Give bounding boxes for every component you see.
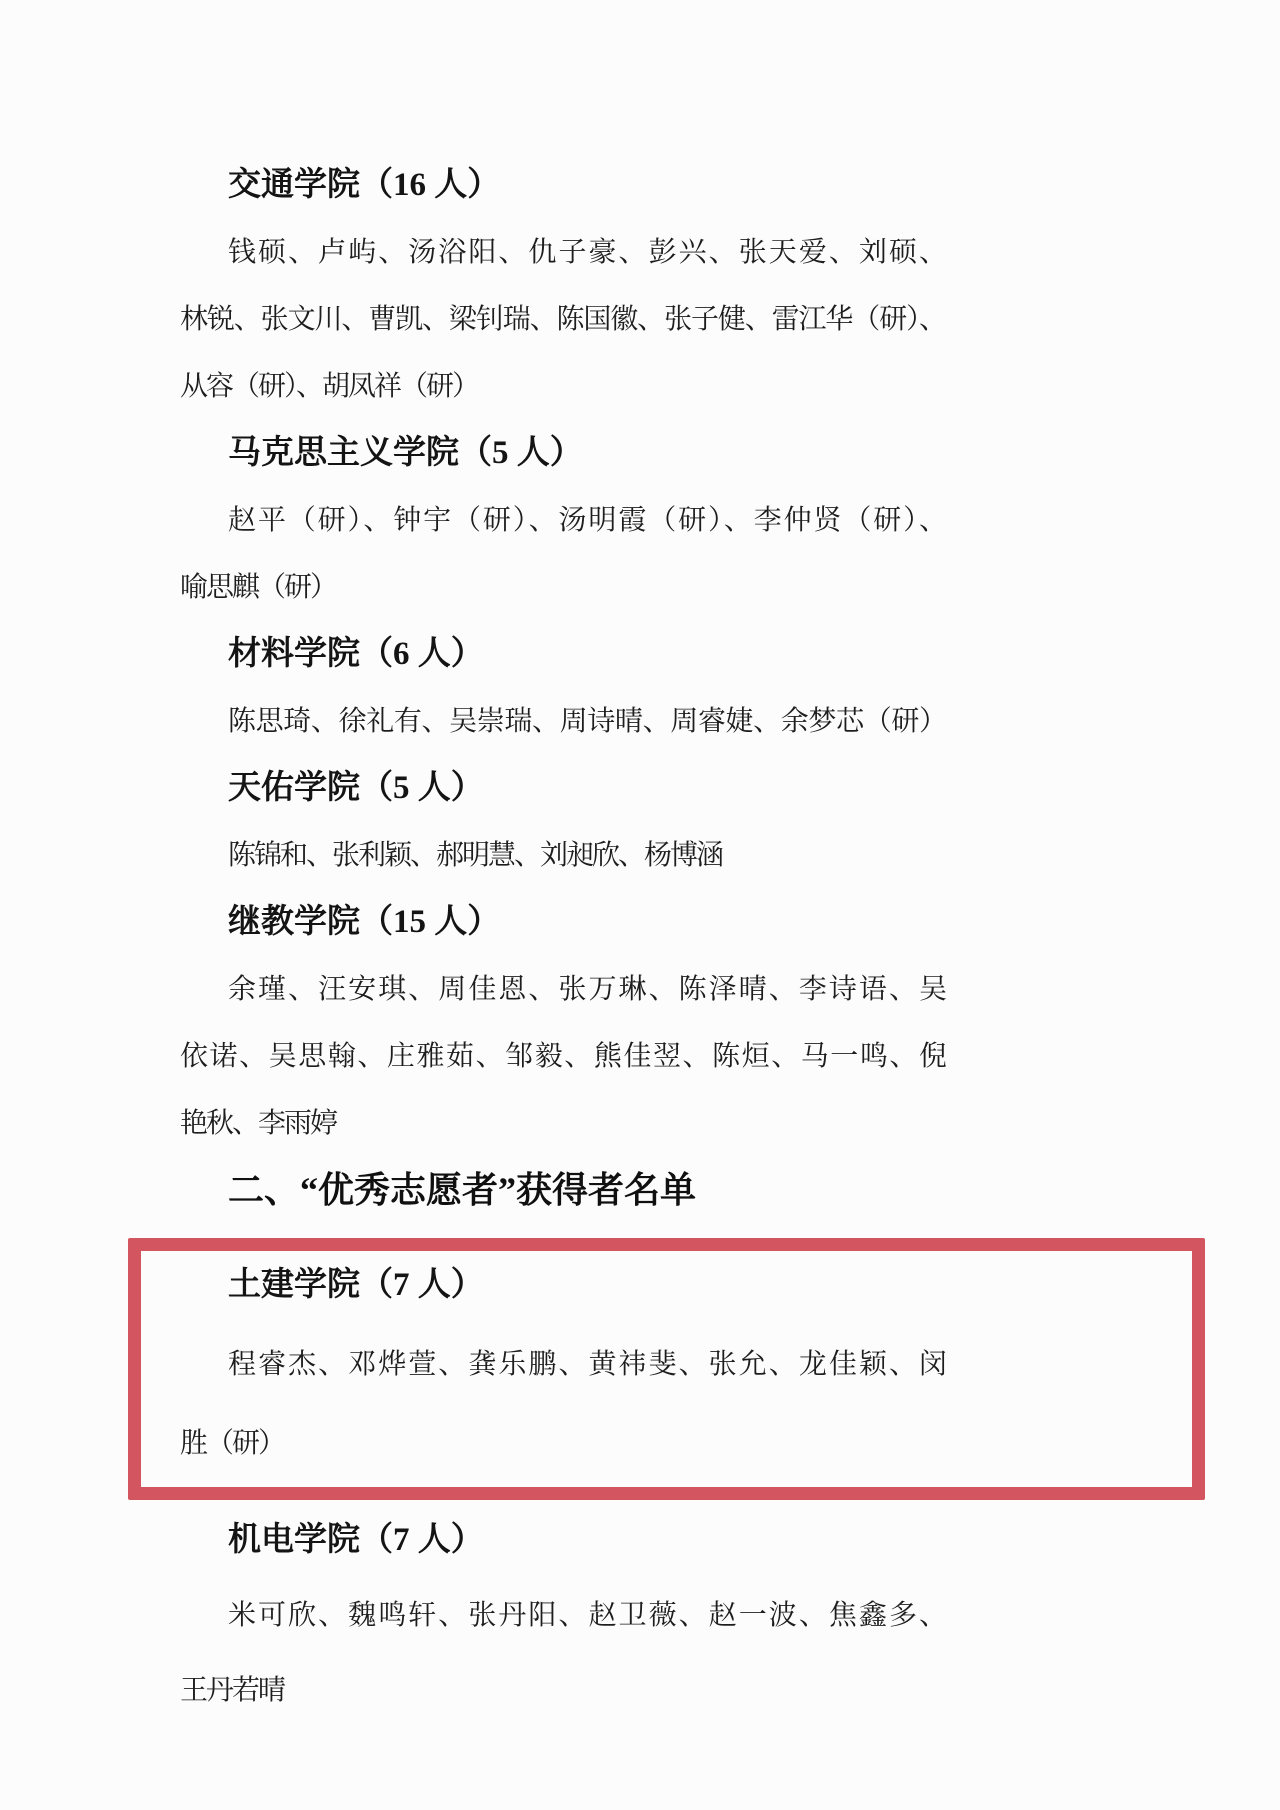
college-heading-cailiao: 材料学院（6 人） xyxy=(180,621,945,688)
college-heading-jidian: 机电学院（7 人） xyxy=(180,1503,945,1578)
tail-section: 机电学院（7 人） 米可欣、魏鸣轩、张丹阳、赵卫薇、赵一波、焦鑫多、 王丹若晴 xyxy=(180,1503,945,1728)
spacer xyxy=(180,1483,945,1503)
names-line: 陈思琦、徐礼有、吴崇瑞、周诗晴、周睿婕、余梦芯（研） xyxy=(180,688,945,755)
names-line: 陈锦和、张利颖、郝明慧、刘昶欣、杨博涵 xyxy=(180,822,945,889)
highlighted-section: 土建学院（7 人） 程睿杰、邓烨萱、龚乐鹏、黄祎斐、张允、龙佳颖、闵 胜（研） xyxy=(180,1246,945,1483)
college-heading-makesi: 马克思主义学院（5 人） xyxy=(180,420,945,487)
award-section-heading: 二、“优秀志愿者”获得者名单 xyxy=(180,1157,945,1224)
names-line: 余瑾、汪安琪、周佳恩、张万琳、陈泽晴、李诗语、吴 xyxy=(180,956,945,1023)
names-line: 林锐、张文川、曹凯、梁钊瑞、陈国徽、张子健、雷江华（研）、 xyxy=(180,286,945,353)
names-line: 钱硕、卢屿、汤浴阳、仇子豪、彭兴、张天爱、刘硕、 xyxy=(180,219,945,286)
names-line: 胜（研） xyxy=(180,1404,945,1483)
college-heading-tianyou: 天佑学院（5 人） xyxy=(180,755,945,822)
college-heading-jijiao: 继教学院（15 人） xyxy=(180,889,945,956)
college-heading-jiaotong: 交通学院（16 人） xyxy=(180,152,945,219)
names-line: 米可欣、魏鸣轩、张丹阳、赵卫薇、赵一波、焦鑫多、 xyxy=(180,1578,945,1653)
spacer xyxy=(180,1224,945,1246)
college-heading-tujian: 土建学院（7 人） xyxy=(180,1246,945,1325)
names-line: 赵平（研）、钟宇（研）、汤明霞（研）、李仲贤（研）、 xyxy=(180,487,945,554)
names-line: 依诺、吴思翰、庄雅茹、邹毅、熊佳翌、陈烜、马一鸣、倪 xyxy=(180,1023,945,1090)
names-line: 从容（研）、胡凤祥（研） xyxy=(180,353,945,420)
document-body: 交通学院（16 人） 钱硕、卢屿、汤浴阳、仇子豪、彭兴、张天爱、刘硕、 林锐、张… xyxy=(180,152,945,1728)
names-line: 艳秋、李雨婷 xyxy=(180,1090,945,1157)
names-line: 程睿杰、邓烨萱、龚乐鹏、黄祎斐、张允、龙佳颖、闵 xyxy=(180,1325,945,1404)
names-line: 喻思麒（研） xyxy=(180,554,945,621)
names-line: 王丹若晴 xyxy=(180,1653,945,1728)
document-page: 交通学院（16 人） 钱硕、卢屿、汤浴阳、仇子豪、彭兴、张天爱、刘硕、 林锐、张… xyxy=(0,0,1280,1810)
